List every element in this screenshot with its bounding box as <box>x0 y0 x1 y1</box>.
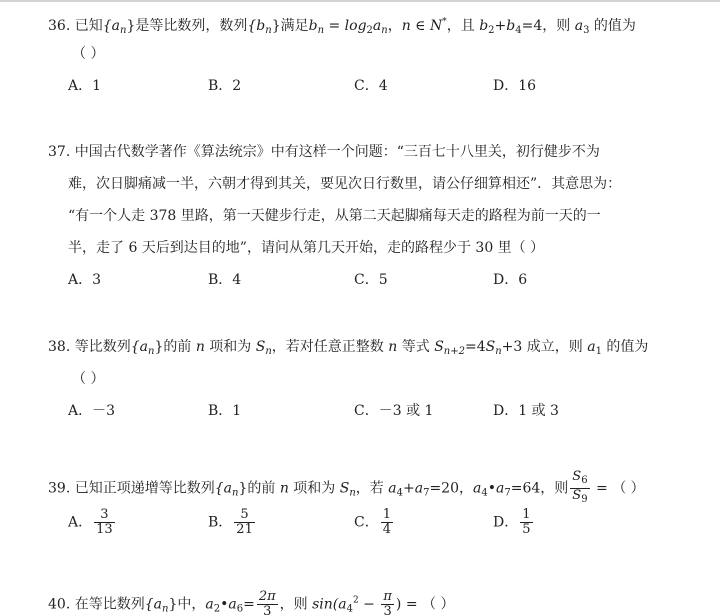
option-b: B．2 <box>208 76 241 96</box>
option-a: A．－3 <box>68 401 115 421</box>
fraction: 521 <box>234 508 255 537</box>
question-38-line-1: 38. 等比数列{an}的前 n 项和为 Sn，若对任意正整数 n 等式 Sn+… <box>48 337 648 362</box>
page-top-border <box>0 0 720 2</box>
answer-bracket: （ ） <box>72 44 104 64</box>
option-b: B．4 <box>208 270 241 290</box>
question-40-line-1: 40. 在等比数列{an}中，a2•a6=2π3，则 sin(a42 − π3)… <box>48 590 454 616</box>
question-37-line-3: “有一个人走 378 里路，第一天健步行走，从第二天起脚痛每天走的路程为前一天的… <box>68 206 601 226</box>
option-b: B．1 <box>208 401 241 421</box>
option-d: D．1 或 3 <box>493 401 559 421</box>
fraction: 313 <box>94 508 115 537</box>
question-37-line-1: 37. 中国古代数学著作《算法统宗》中有这样一个问题：“三百七十八里关，初行健步… <box>48 142 600 162</box>
option-d: D．6 <box>493 270 527 290</box>
answer-bracket: （ ） <box>72 369 104 389</box>
question-39-line-1: 39. 已知正项递增等比数列{an}的前 n 项和为 Sn，若 a4+a7=20… <box>48 470 645 507</box>
question-number: 39. <box>48 481 70 497</box>
fraction-pi-3: π3 <box>381 590 394 616</box>
question-number: 37. <box>48 144 70 160</box>
fraction-2pi-3: 2π3 <box>257 590 278 616</box>
option-c: C．14 <box>354 508 395 537</box>
option-a: A．1 <box>68 76 101 96</box>
option-a: A．3 <box>68 270 101 290</box>
question-37-line-2: 难，次日脚痛减一半，六朝才得到其关，要见次日行数里，请公仔细算相还”．其意思为： <box>68 174 621 194</box>
option-c: C．－3 或 1 <box>354 401 433 421</box>
option-b: B．521 <box>208 508 257 537</box>
question-number: 40. <box>48 597 70 613</box>
option-c: C．5 <box>354 270 388 290</box>
question-36-line-1: 36. 已知{an}是等比数列，数列{bn}满足bn = log2an，n ∈ … <box>48 12 636 41</box>
fraction: 14 <box>381 508 393 537</box>
fraction: 15 <box>520 508 532 537</box>
fraction-s6-s9: S6S9 <box>570 470 589 507</box>
question-number: 36. <box>48 18 70 34</box>
option-d: D．15 <box>493 508 535 537</box>
option-d: D．16 <box>493 76 536 96</box>
question-number: 38. <box>48 339 70 355</box>
option-a: A．313 <box>68 508 117 537</box>
option-c: C．4 <box>354 76 388 96</box>
question-37-line-4: 半，走了 6 天后到达目的地”，请问从第几天开始，走的路程少于 30 里（ ） <box>68 238 544 258</box>
